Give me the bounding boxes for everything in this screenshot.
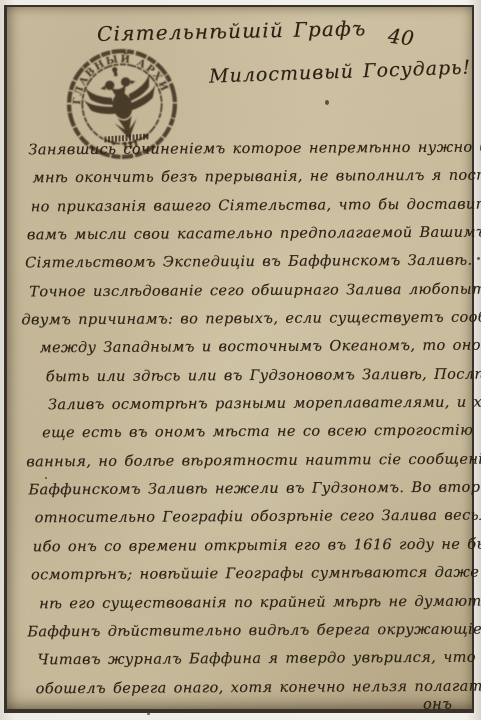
manuscript-line: относительно Географіи обозрѣніе сего За… [23,502,471,533]
manuscript-line: осмотрѣнъ; новѣйшіе Географы сумнѣваются… [23,559,471,590]
salutation-line-2: Милостивый Государь! [209,56,472,87]
manuscript-line: быть или здѣсь или въ Гудзоновомъ Заливѣ… [22,360,470,391]
manuscript-line: нѣ его существованія по крайней мѣрѣ не … [23,587,471,618]
manuscript-line: вамъ мысли свои касательно предполагаемо… [21,219,469,250]
manuscript-line: Баффинъ дѣйствительно видѣлъ берега окру… [23,615,471,646]
manuscript-line: мнѣ окончить безъ прерыванія, не выполни… [20,162,468,193]
manuscript-line: двумъ причинамъ: во первыхъ, если сущест… [21,304,469,335]
letter-body: Занявшись сочиненіемъ которое непремѣнно… [20,134,471,704]
catchword: онъ [423,697,452,713]
manuscript-line: Сіятельствомъ Экспедиціи въ Баффинскомъ … [21,247,469,278]
manuscript-line: ванныя, но болѣе вѣроятности наитти сіе … [22,445,470,476]
ink-speck [147,713,150,715]
ink-speck [45,477,47,479]
manuscript-line: Заливъ осмотрѣнъ разными мореплавателями… [22,389,470,420]
ink-speck [477,257,480,260]
manuscript-line: между Западнымъ и восточнымъ Океаномъ, т… [21,332,469,363]
manuscript-page: Сіятельнѣйшій Графъ 40 Милостивый Госуда… [4,5,474,713]
manuscript-line: еще есть въ ономъ мѣста не со всею строг… [22,417,470,448]
manuscript-line: Читавъ журналъ Баффина я твердо увѣрился… [23,644,471,675]
ink-speck [325,100,329,105]
manuscript-line: Точное изслѣдованіе сего обширнаго Залив… [21,275,469,306]
manuscript-line: но приказанія вашего Сіятельства, что бы… [21,190,469,221]
manuscript-line: ибо онъ со времени открытія его въ 1616 … [23,530,471,561]
screenshot-root: { "page": { "folio_number": "40", "salut… [0,0,481,720]
manuscript-line: Баффинскомъ Заливѣ нежели въ Гудзономъ. … [22,474,470,505]
folio-number: 40 [386,23,415,50]
manuscript-line: Занявшись сочиненіемъ которое непремѣнно… [20,134,468,165]
manuscript-line: обошелъ берега онаго, хотя конечно нельз… [24,672,472,703]
